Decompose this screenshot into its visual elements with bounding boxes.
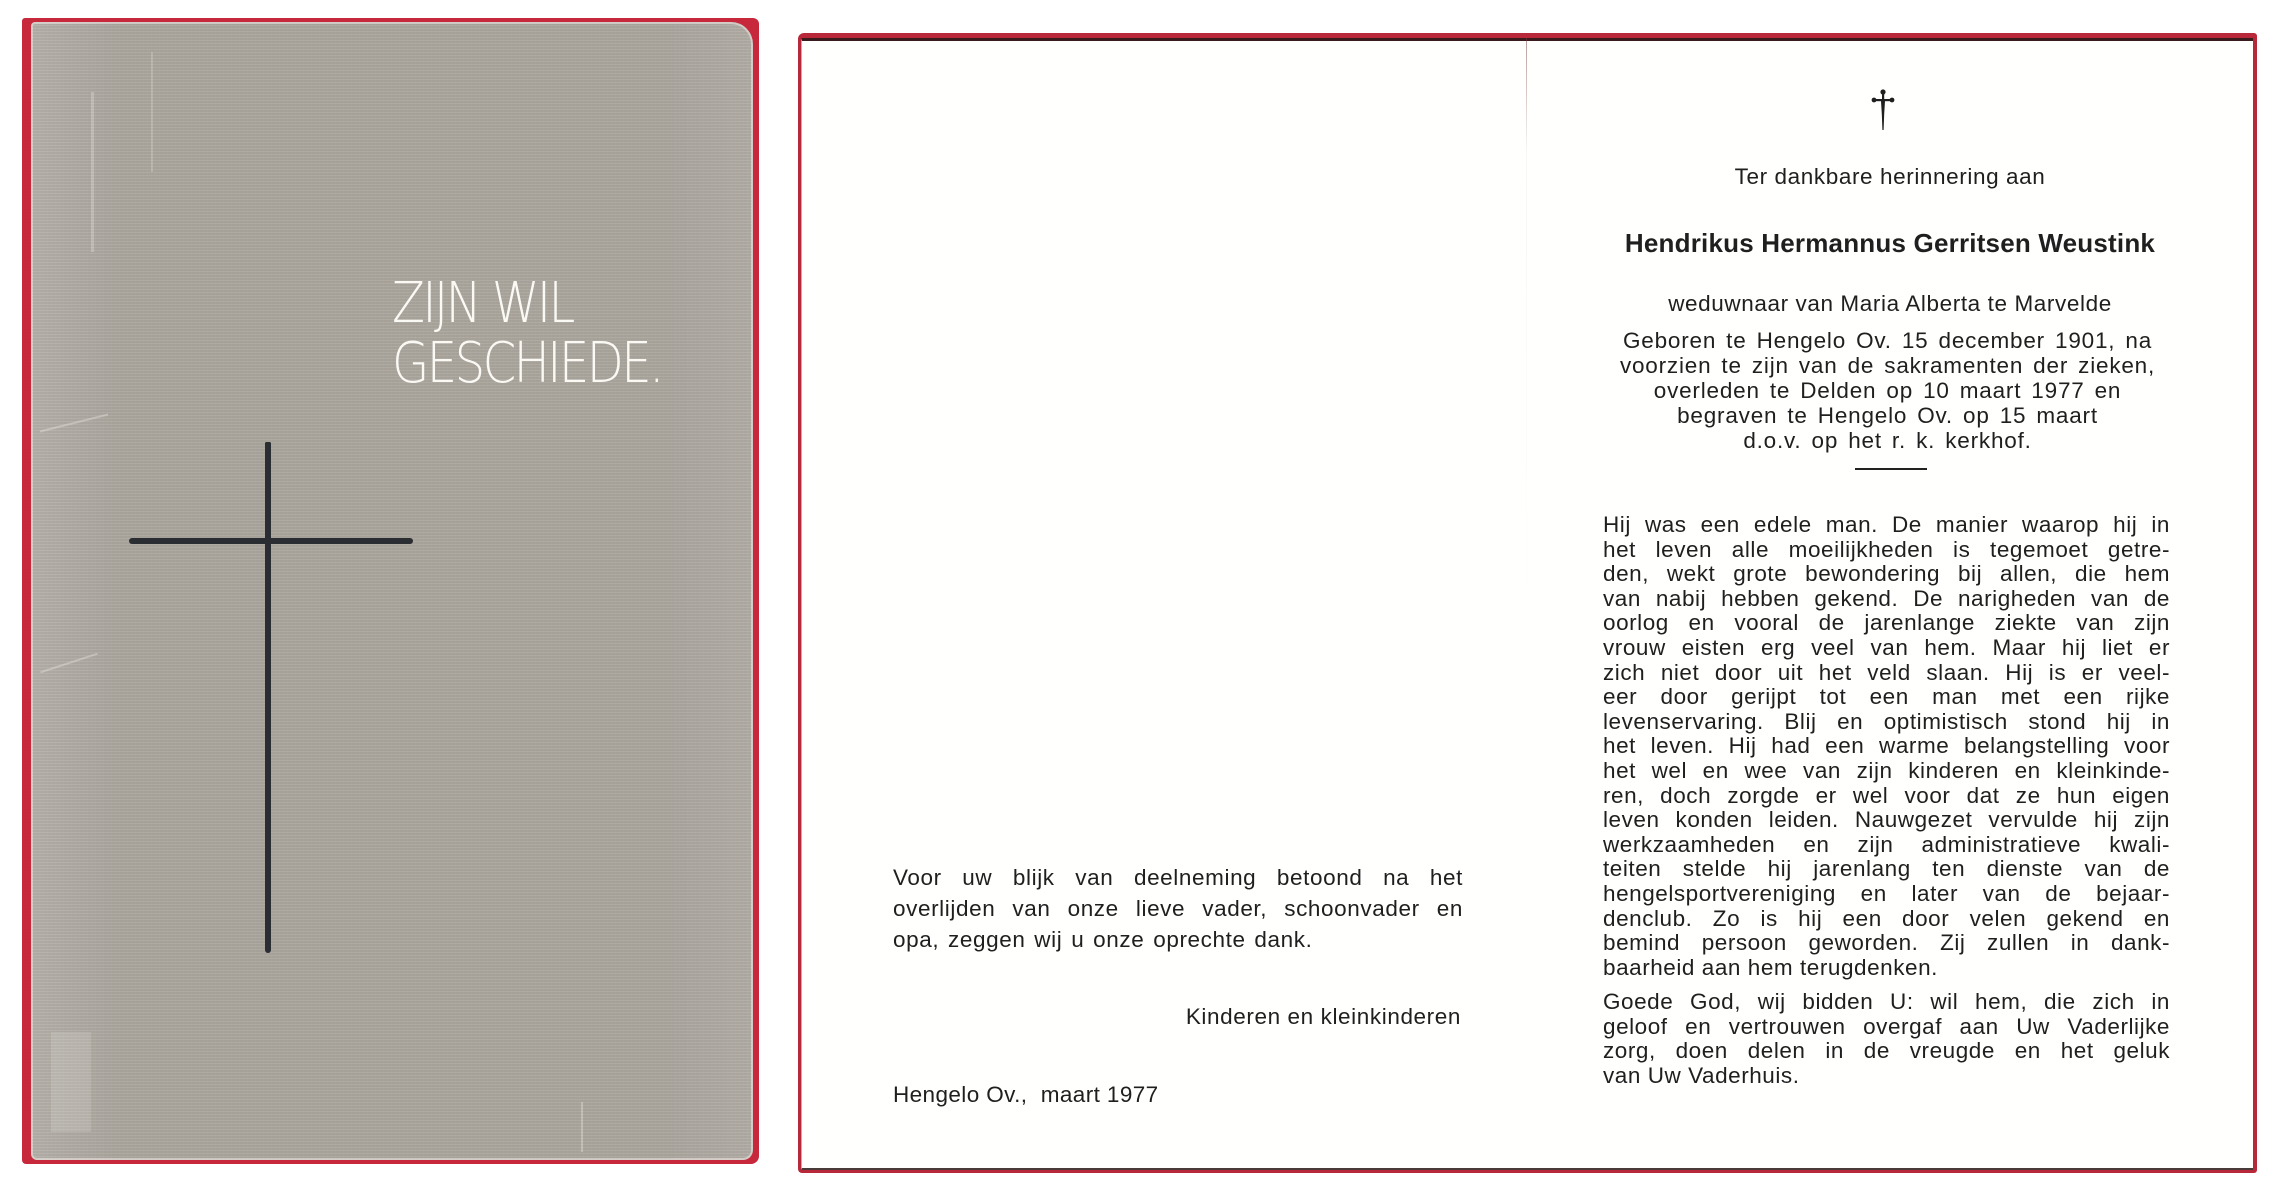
bio-line: overleden te Delden op 10 maart 1977 en	[1600, 378, 2175, 403]
prayer-line: van Uw Vaderhuis.	[1603, 1064, 2170, 1089]
cover-title-line-2: GESCHIEDE.	[392, 334, 662, 394]
thank-you-line: overlijden van onze lieve vader, schoonv…	[893, 893, 1463, 924]
eulogy-line: zich niet door uit het veld slaan. Hij i…	[1603, 661, 2170, 686]
bio-line: voorzien te zijn van de sakramenten der …	[1600, 353, 2175, 378]
bio-line: begraven te Hengelo Ov. op 15 maart	[1600, 403, 2175, 428]
eulogy-line: oorlog en vooral de jarenlange ziekte va…	[1603, 611, 2170, 636]
eulogy-line: den, wekt grote bewondering bij allen, d…	[1603, 562, 2170, 587]
cover-card	[31, 22, 753, 1160]
eulogy-line: teiten stelde hij jarenlang ten dienste …	[1603, 857, 2170, 882]
prayer-line: zorg, doen delen in de vreugde en het ge…	[1603, 1039, 2170, 1064]
eulogy-line: leven konden leiden. Nauwgezet vervulde …	[1603, 808, 2170, 833]
cover-title-line-1: ZIJN WIL	[392, 274, 662, 334]
family-signature: Kinderen en kleinkinderen	[893, 1004, 1461, 1030]
wear-mark	[91, 92, 94, 252]
eulogy-line: werkzaamheden en zijn administratieve kw…	[1603, 833, 2170, 858]
place-date: Hengelo Ov., maart 1977	[893, 1082, 1159, 1108]
eulogy-line: het leven alle moeilijkheden is tegemoet…	[1603, 538, 2170, 563]
thank-you-line: Voor uw blijk van deelneming betoond na …	[893, 862, 1463, 893]
eulogy-line: denclub. Zo is hij een door velen gekend…	[1603, 907, 2170, 932]
eulogy-line: eer door gerijpt tot een man met een rij…	[1603, 685, 2170, 710]
eulogy-line: het wel en wee van zijn kinderen en klei…	[1603, 759, 2170, 784]
center-fold	[1526, 38, 1527, 1170]
eulogy-line: baarheid aan hem terugdenken.	[1603, 956, 2170, 981]
eulogy-line: het leven. Hij had een warme belangstell…	[1603, 734, 2170, 759]
cross-vertical-beam	[265, 442, 271, 953]
deceased-name: Hendrikus Hermannus Gerritsen Weustink	[1540, 228, 2240, 259]
biographical-details: Geboren te Hengelo Ov. 15 december 1901,…	[1600, 328, 2175, 453]
eulogy-line: van nabij hebben gekend. De narigheden v…	[1603, 587, 2170, 612]
widower-of: weduwnaar van Maria Alberta te Marvelde	[1540, 291, 2240, 317]
bio-line: d.o.v. op het r. k. kerkhof.	[1600, 428, 2175, 453]
bio-line: Geboren te Hengelo Ov. 15 december 1901,…	[1600, 328, 2175, 353]
eulogy-paragraph: Hij was een edele man. De manier waarop …	[1603, 513, 2170, 980]
prayer-line: geloof en vertrouwen overgaf aan Uw Vade…	[1603, 1015, 2170, 1040]
wear-mark	[51, 1032, 91, 1132]
prayer-line: Goede God, wij bidden U: wil hem, die zi…	[1603, 990, 2170, 1015]
wear-mark	[40, 414, 108, 433]
eulogy-line: vrouw eisten erg veel van hem. Maar hij …	[1603, 636, 2170, 661]
eulogy-line: ren, doch zorgde er wel voor dat ze hun …	[1603, 784, 2170, 809]
wear-mark	[40, 653, 98, 673]
cross-horizontal-beam	[129, 538, 413, 544]
wear-mark	[151, 52, 153, 172]
memorial-intro: Ter dankbare herinnering aan	[1540, 164, 2240, 190]
thank-you-line: opa, zeggen wij u onze oprechte dank.	[893, 924, 1463, 955]
separator-rule	[1855, 468, 1927, 470]
ornate-cross-icon	[1870, 88, 1896, 132]
eulogy-line: hengelsportvereniging en later van de be…	[1603, 882, 2170, 907]
wear-mark	[581, 1102, 583, 1152]
cover-title: ZIJN WIL GESCHIEDE.	[392, 274, 662, 394]
eulogy-line: bemind persoon geworden. Zij zullen in d…	[1603, 931, 2170, 956]
eulogy-line: levenservaring. Blij en optimistisch sto…	[1603, 710, 2170, 735]
prayer-paragraph: Goede God, wij bidden U: wil hem, die zi…	[1603, 990, 2170, 1088]
thank-you-message: Voor uw blijk van deelneming betoond na …	[893, 862, 1463, 955]
eulogy-line: Hij was een edele man. De manier waarop …	[1603, 513, 2170, 538]
